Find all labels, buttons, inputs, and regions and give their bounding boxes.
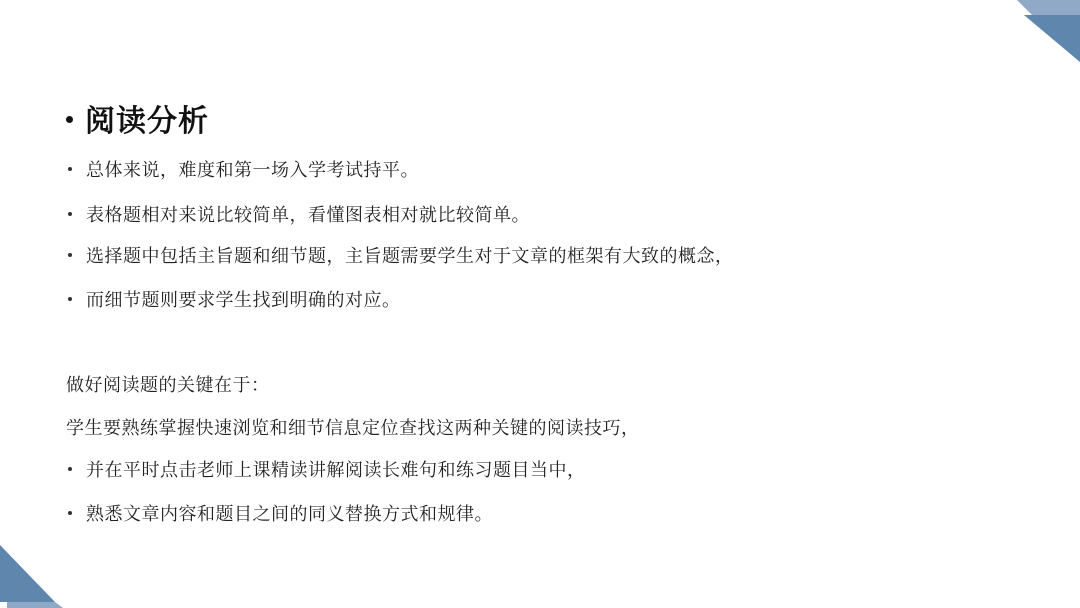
bullet-dot-icon (68, 297, 72, 301)
bullet-item: 熟悉文章内容和题目之间的同义替换方式和规律。 (66, 500, 493, 526)
bullet-dot-icon (68, 467, 72, 471)
title-bullet-icon (66, 116, 73, 123)
bullet-text: 而细节题则要求学生找到明确的对应。 (86, 286, 401, 312)
key-heading: 做好阅读题的关键在于： (66, 371, 270, 397)
bullet-item: 而细节题则要求学生找到明确的对应。 (66, 286, 401, 312)
bullet-item: 并在平时点击老师上课精读讲解阅读长难句和练习题目当中， (66, 456, 586, 482)
bullet-text: 选择题中包括主旨题和细节题，主旨题需要学生对于文章的框架有大致的概念， (86, 242, 734, 268)
bullet-item: 总体来说，难度和第一场入学考试持平。 (66, 156, 419, 182)
bullet-dot-icon (68, 167, 72, 171)
key-line: 学生要熟练掌握快速浏览和细节信息定位查找这两种关键的阅读技巧， (66, 414, 640, 440)
bullet-text: 熟悉文章内容和题目之间的同义替换方式和规律。 (86, 500, 493, 526)
slide-title: 阅读分析 (66, 96, 209, 140)
bullet-item: 表格题相对来说比较简单，看懂图表相对就比较简单。 (66, 201, 530, 227)
bullet-text: 总体来说，难度和第一场入学考试持平。 (86, 156, 419, 182)
bullet-text: 并在平时点击老师上课精读讲解阅读长难句和练习题目当中， (86, 456, 586, 482)
bullet-item: 选择题中包括主旨题和细节题，主旨题需要学生对于文章的框架有大致的概念， (66, 242, 734, 268)
bullet-text: 表格题相对来说比较简单，看懂图表相对就比较简单。 (86, 201, 530, 227)
corner-decoration-top-right (1010, 0, 1080, 64)
bullet-dot-icon (68, 511, 72, 515)
corner-decoration-bottom-left (0, 540, 70, 608)
bullet-dot-icon (68, 212, 72, 216)
slide-title-text: 阅读分析 (85, 96, 209, 140)
bullet-dot-icon (68, 253, 72, 257)
